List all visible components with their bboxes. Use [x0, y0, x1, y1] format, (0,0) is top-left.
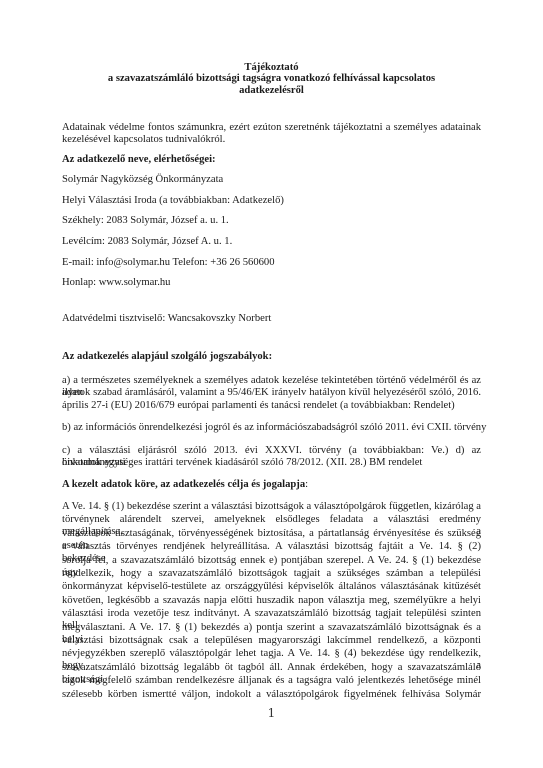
intro-line-2: kezelésével kapcsolatos tudnivalókról.: [62, 134, 225, 146]
data-protection-officer: Adatvédelmi tisztviselő: Wancsakovszky N…: [62, 313, 271, 325]
legal-b: b) az információs önrendelkezési jogról …: [62, 422, 486, 434]
document-subtitle-line-2: adatkezelésről: [0, 85, 543, 97]
scope-heading-suffix: :: [305, 479, 308, 490]
controller-postal-address: Levélcím: 2083 Solymár, József A. u. 1.: [62, 236, 232, 248]
controller-heading: Az adatkezelő neve, elérhetőségei:: [62, 154, 216, 166]
controller-office: Helyi Választási Iroda (a továbbiakban: …: [62, 195, 284, 207]
scope-body-line: A Ve. 14. § (1) bekezdése szerint a vála…: [62, 501, 481, 513]
legal-c-line-2: hivatalok egységes irattári tervének kia…: [62, 457, 422, 469]
document-page: Tájékoztató a szavazatszámláló bizottság…: [0, 0, 543, 768]
controller-website: Honlap: www.solymar.hu: [62, 277, 170, 289]
scope-body-line: tagok megfelelő számban rendelkezésre ál…: [62, 675, 481, 687]
scope-body-line: követően, legkésőbb a szavazás napja elő…: [62, 595, 481, 607]
page-number: 1: [0, 706, 543, 720]
controller-contact: E-mail: info@solymar.hu Telefon: +36 26 …: [62, 257, 275, 269]
legal-a-line-3: április 27-i (EU) 2016/679 európai parla…: [62, 400, 455, 412]
intro-line-1: Adatainak védelme fontos számunkra, ezér…: [62, 122, 481, 134]
scope-heading-text: A kezelt adatok köre, az adatkezelés cél…: [62, 479, 305, 490]
scope-body-line: önkormányzat képviselő-testülete az orsz…: [62, 581, 481, 593]
scope-body-line: szélesebb körben ismertté váljon, indoko…: [62, 689, 481, 701]
controller-name: Solymár Nagyközség Önkormányzata: [62, 174, 223, 186]
scope-body-line: rendelkezik, hogy a szavazatszámláló biz…: [62, 568, 481, 580]
legal-a-line-2: adatok szabad áramlásáról, valamint a 95…: [62, 387, 481, 399]
scope-body-line: választási bizottságnak csak a település…: [62, 635, 481, 647]
legal-basis-heading: Az adatkezelés alapjául szolgáló jogszab…: [62, 351, 272, 363]
scope-heading: A kezelt adatok köre, az adatkezelés cél…: [62, 479, 308, 491]
document-subtitle-line-1: a szavazatszámláló bizottsági tagságra v…: [0, 73, 543, 85]
controller-seat: Székhely: 2083 Solymár, József a. u. 1.: [62, 215, 229, 227]
